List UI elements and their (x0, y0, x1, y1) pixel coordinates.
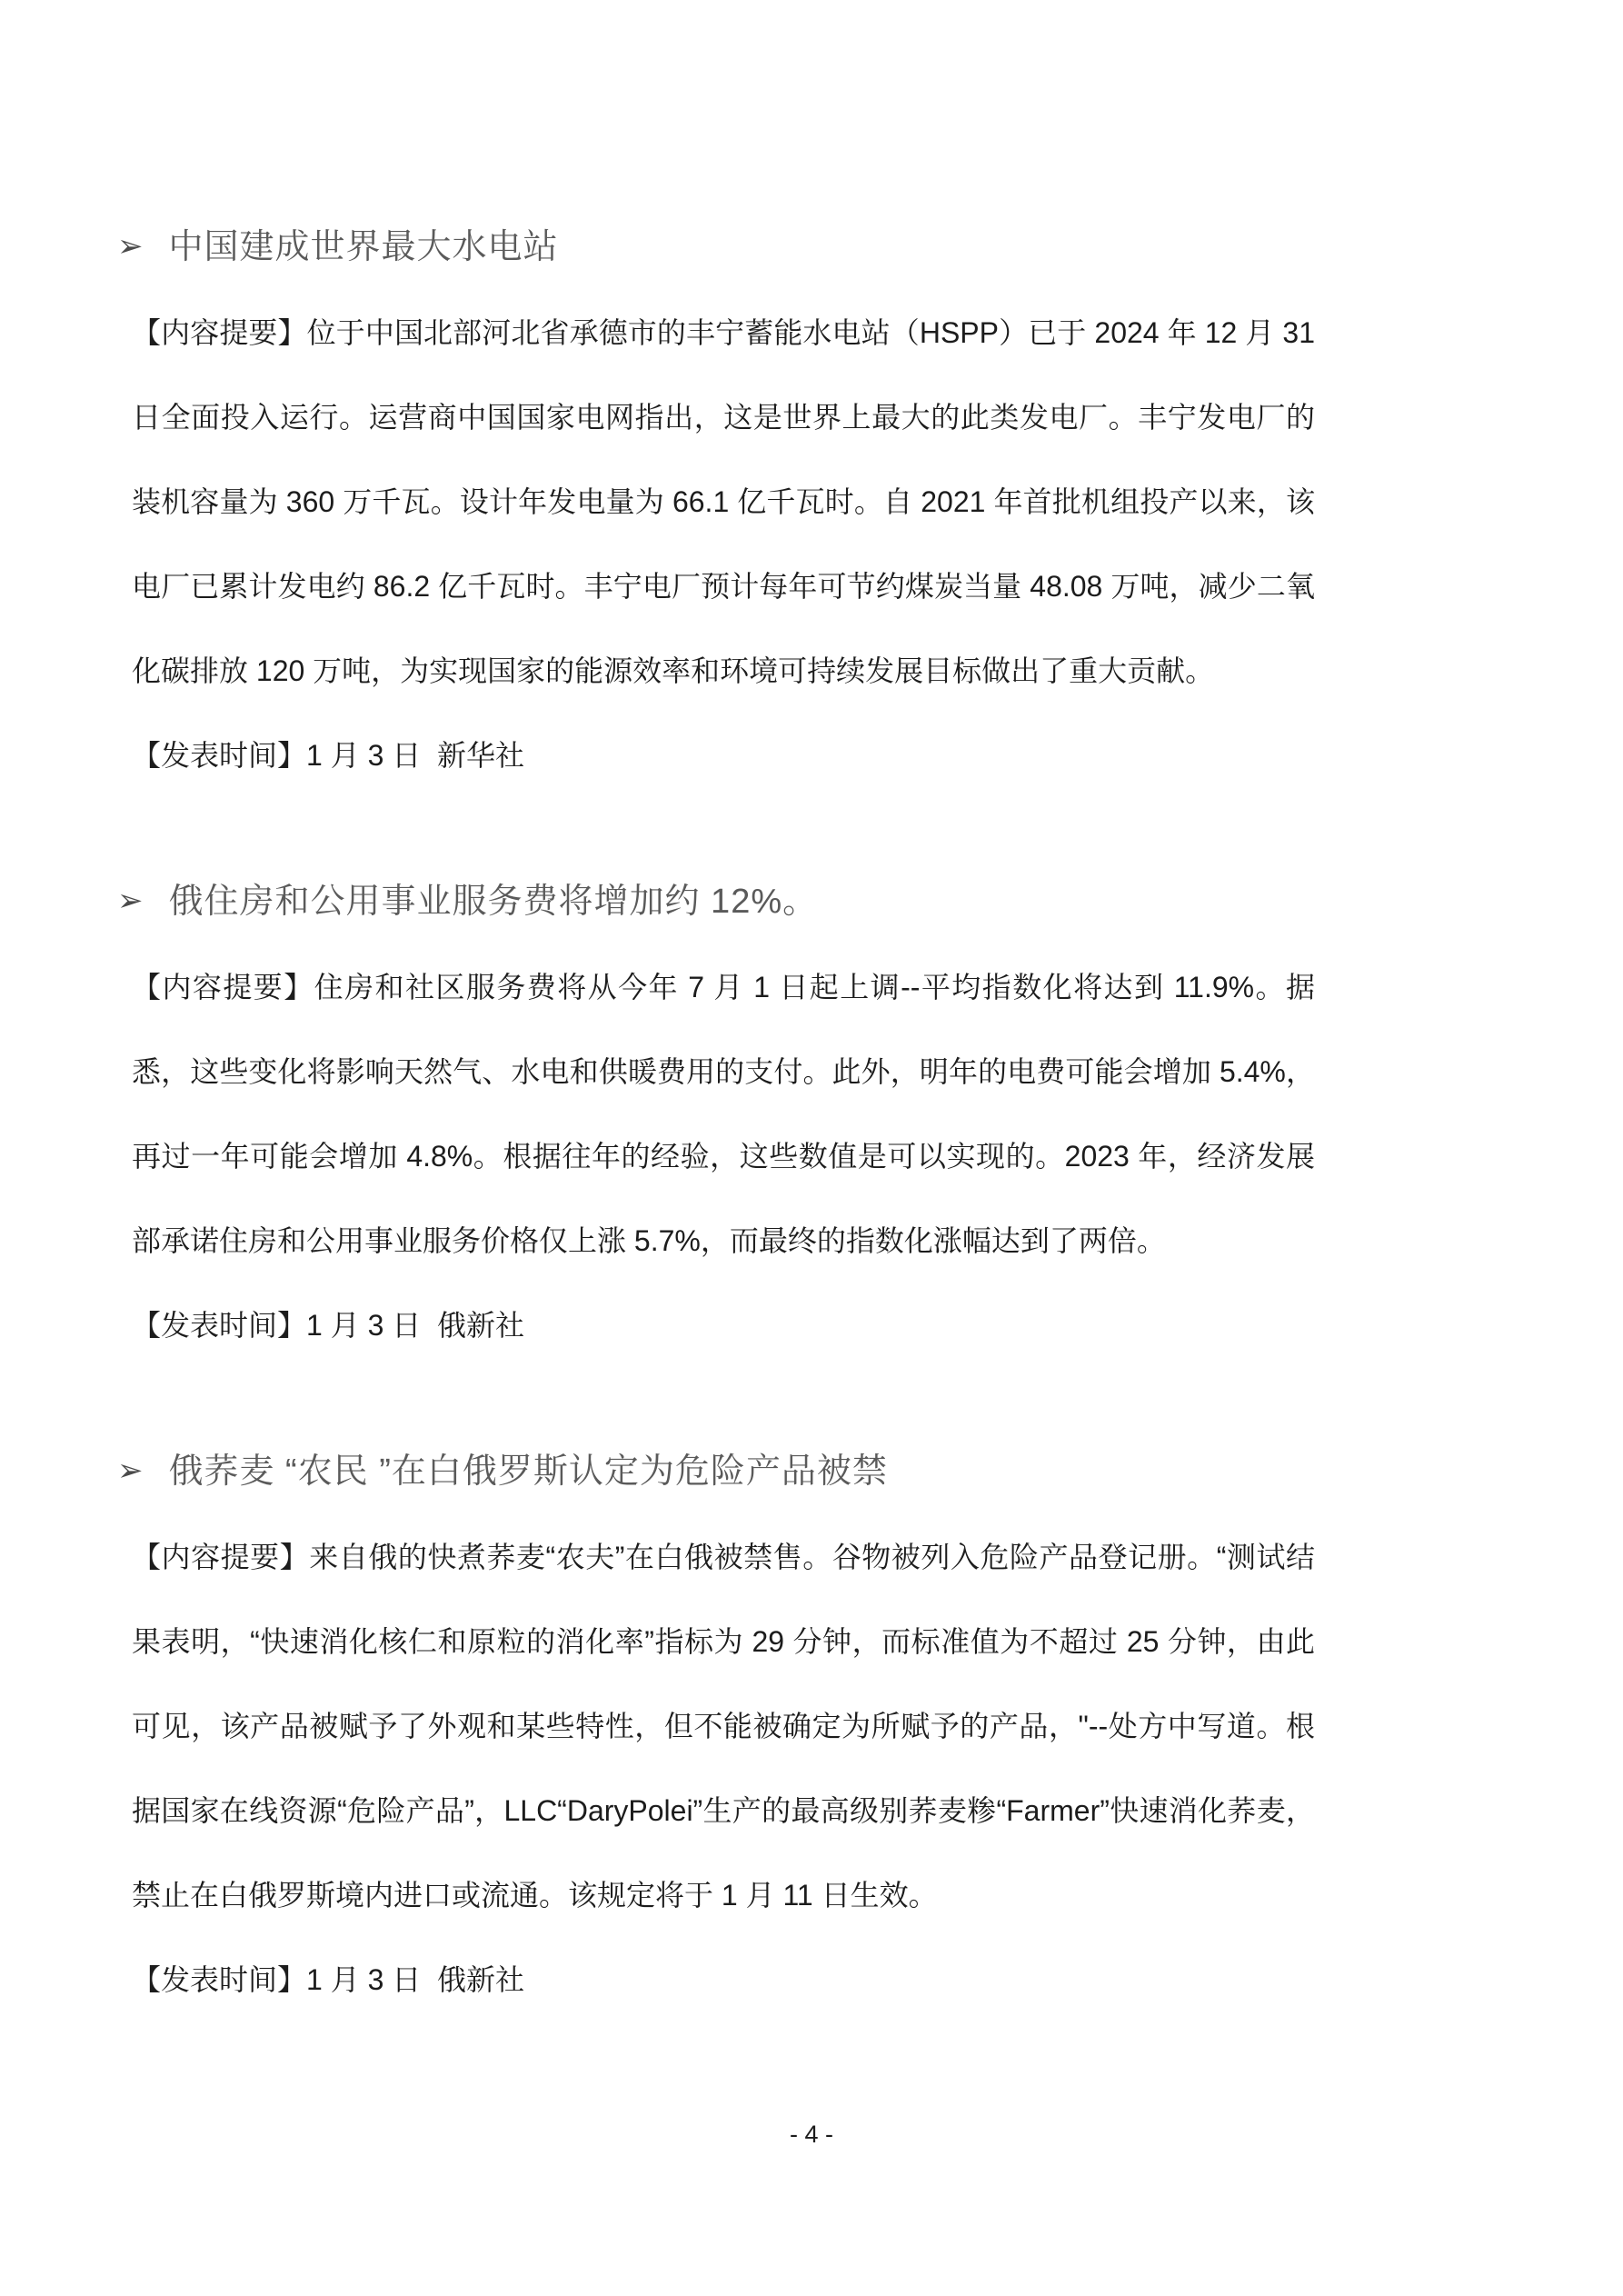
arrow-bullet-icon: ➢ (117, 1429, 144, 1513)
section-title: 俄荞麦 “农民 ”在白俄罗斯认定为危险产品被禁 (169, 1452, 888, 1491)
section-title: 中国建成世界最大水电站 (169, 228, 559, 266)
news-section-buckwheat-ban: ➢俄荞麦 “农民 ”在白俄罗斯认定为危险产品被禁 【内容提要】来自俄的快煮荞麦“… (132, 1430, 1315, 2022)
publish-time-line: 【发表时间】1 月 3 日 新华社 (132, 714, 1315, 798)
section-heading: ➢俄住房和公用事业服务费将增加约 12%。 (117, 860, 1315, 945)
news-section-hydropower: ➢中国建成世界最大水电站 【内容提要】位于中国北部河北省承德市的丰宁蓄能水电站（… (132, 205, 1315, 798)
document-content: ➢中国建成世界最大水电站 【内容提要】位于中国北部河北省承德市的丰宁蓄能水电站（… (132, 205, 1315, 2022)
section-title: 俄住房和公用事业服务费将增加约 12%。 (169, 883, 819, 921)
news-section-utility-fees: ➢俄住房和公用事业服务费将增加约 12%。 【内容提要】住房和社区服务费将从今年… (132, 860, 1315, 1368)
page-number: - 4 - (0, 2116, 1623, 2152)
section-heading: ➢俄荞麦 “农民 ”在白俄罗斯认定为危险产品被禁 (117, 1430, 1315, 1515)
publish-time-line: 【发表时间】1 月 3 日 俄新社 (132, 1938, 1315, 2022)
arrow-bullet-icon: ➢ (117, 205, 144, 289)
section-heading: ➢中国建成世界最大水电站 (117, 205, 1315, 291)
arrow-bullet-icon: ➢ (117, 859, 144, 943)
publish-time-line: 【发表时间】1 月 3 日 俄新社 (132, 1283, 1315, 1368)
section-summary: 【内容提要】来自俄的快煮荞麦“农夫”在白俄被禁售。谷物被列入危险产品登记册。“测… (132, 1515, 1315, 1938)
section-summary: 【内容提要】位于中国北部河北省承德市的丰宁蓄能水电站（HSPP）已于 2024 … (132, 291, 1315, 714)
section-summary: 【内容提要】住房和社区服务费将从今年 7 月 1 日起上调--平均指数化将达到 … (132, 945, 1315, 1283)
document-page: ➢中国建成世界最大水电站 【内容提要】位于中国北部河北省承德市的丰宁蓄能水电站（… (0, 0, 1623, 2296)
